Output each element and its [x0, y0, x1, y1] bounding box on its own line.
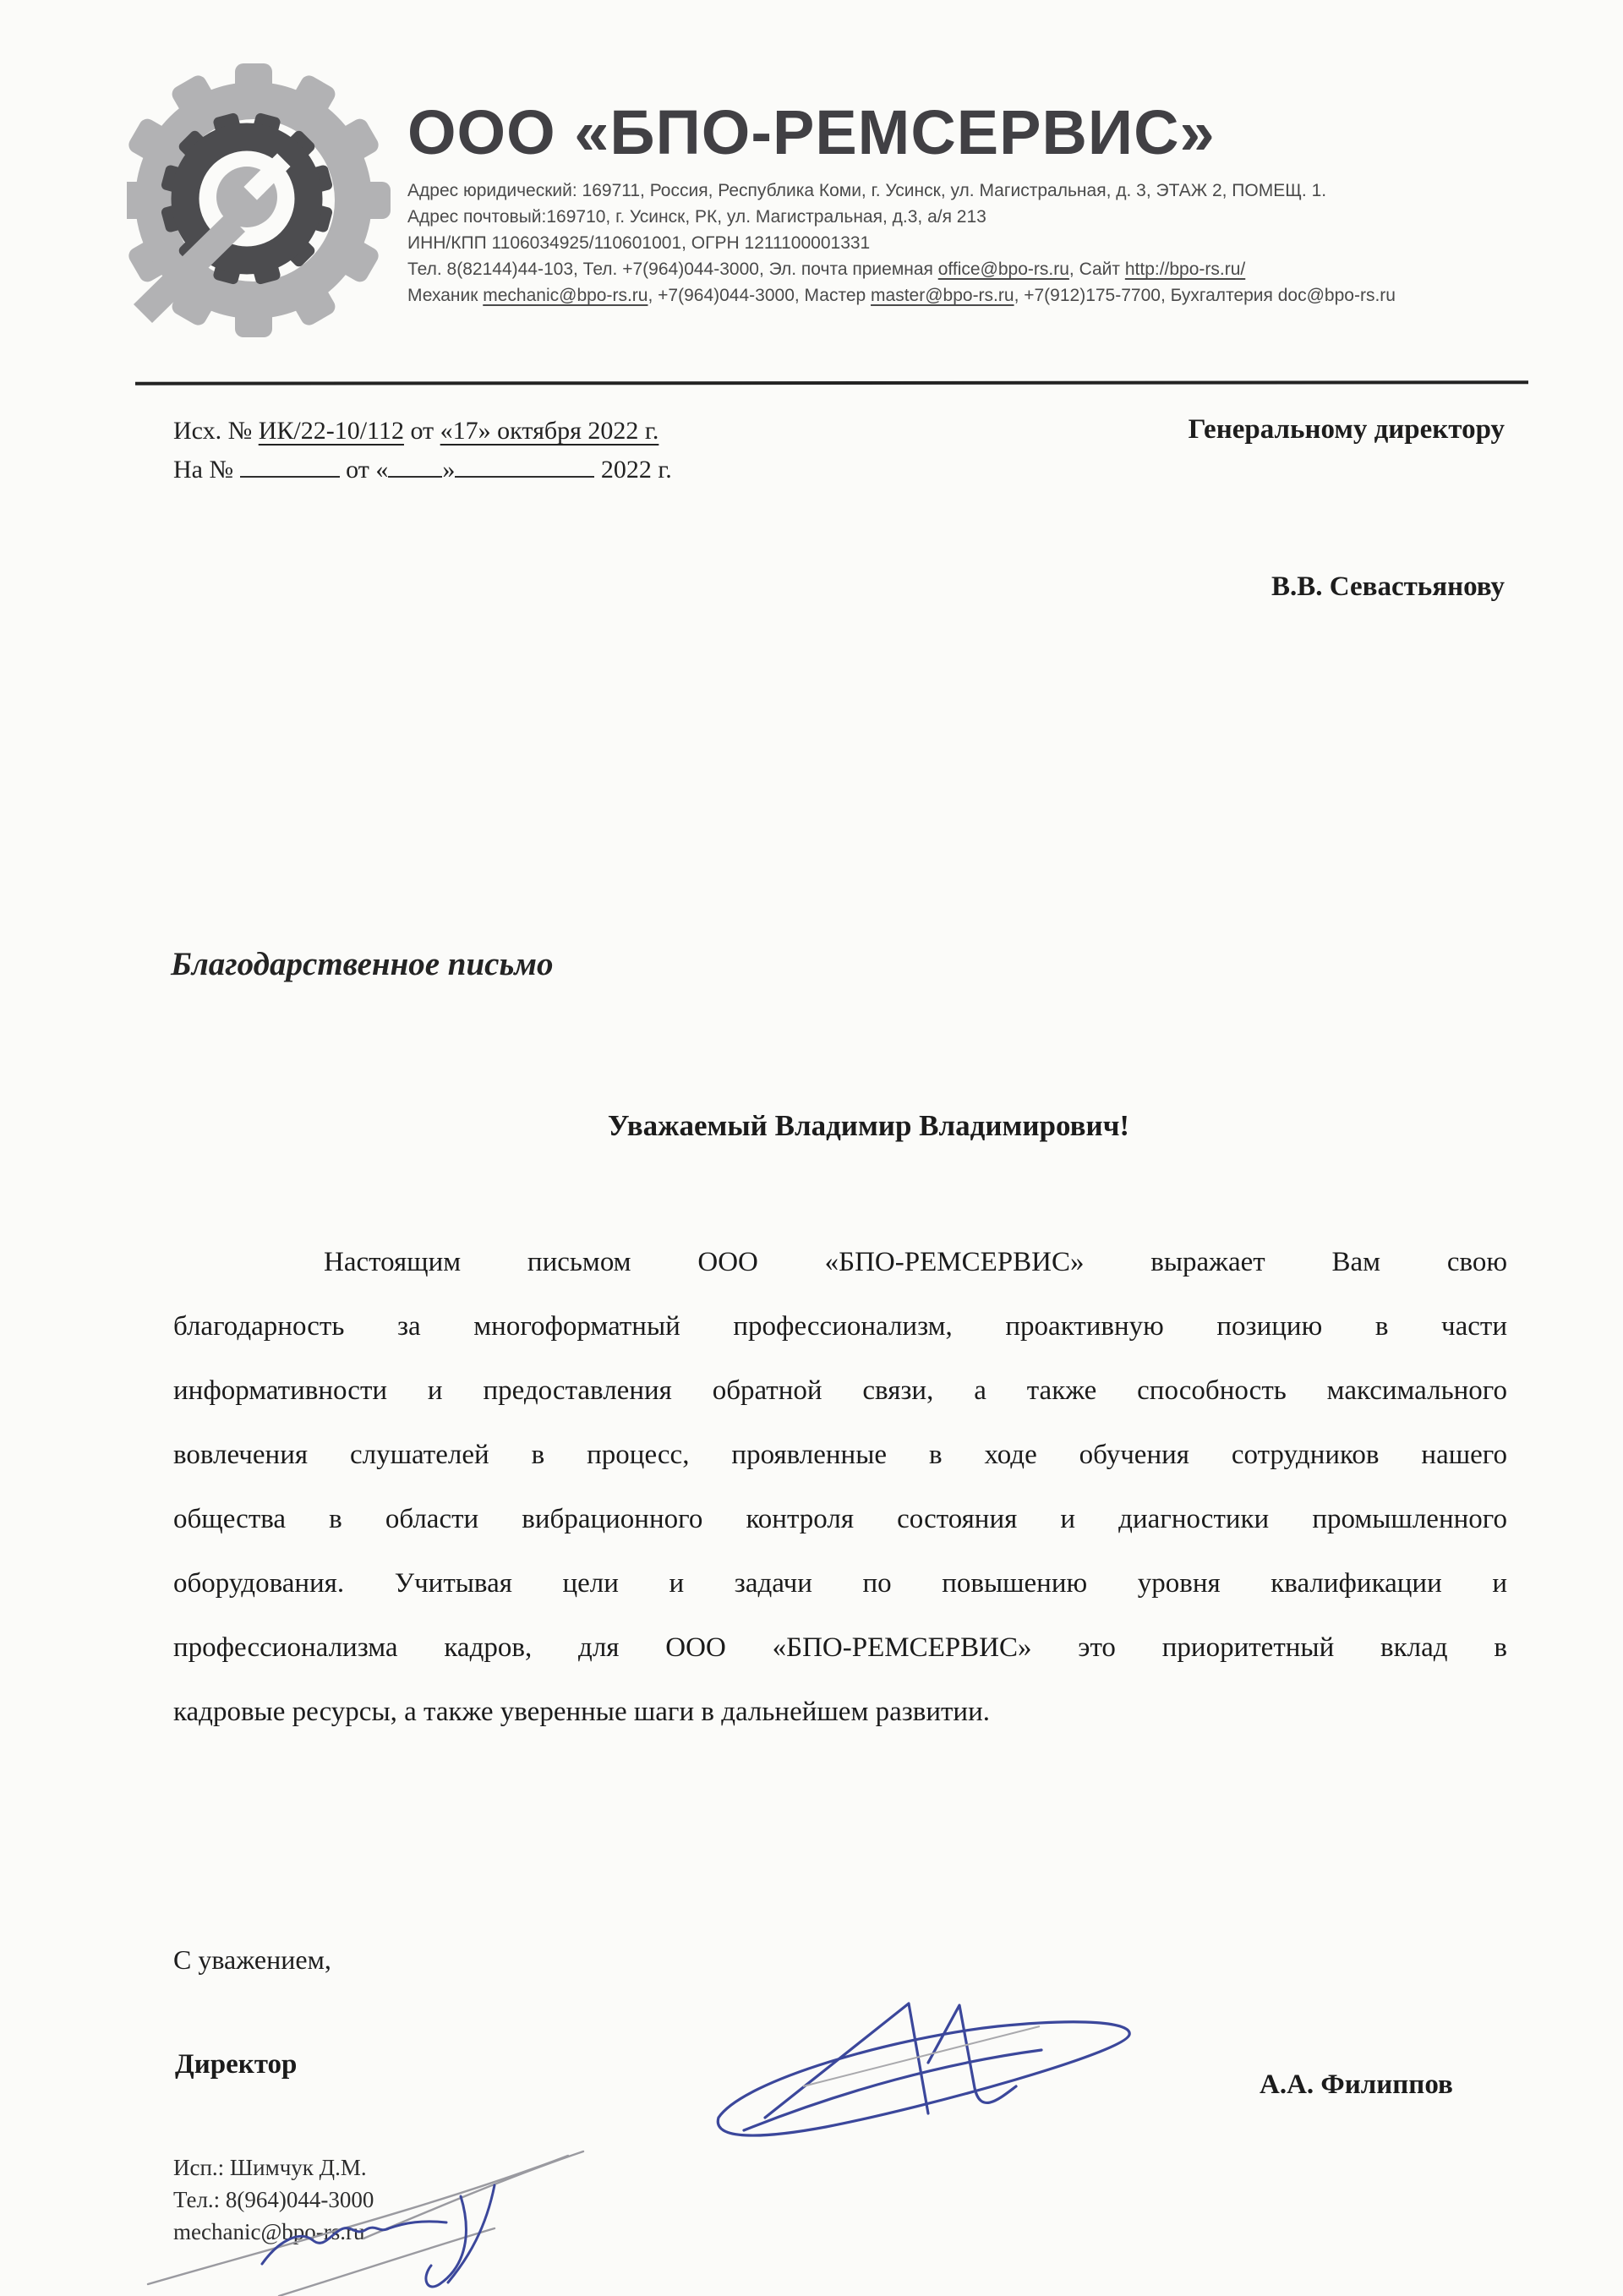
address-legal: Адрес юридический: 169711, Россия, Респу… — [407, 178, 1591, 204]
letterhead: ООО «БПО-РЕМСЕРВИС» Адрес юридический: 1… — [407, 100, 1591, 309]
mechanic-email-link[interactable]: mechanic@bpo-rs.ru — [483, 286, 648, 305]
blank-number-field — [240, 474, 340, 478]
addressee-name: В.В. Севастьянову — [1014, 571, 1505, 603]
signer-title: Директор — [175, 2049, 297, 2080]
phone-line: Тел. 8(82144)44-103, Тел. +7(964)044-300… — [407, 256, 1591, 282]
body-line: благодарность за многоформатный професси… — [173, 1294, 1507, 1358]
inn-ogrn-line: ИНН/КПП 1106034925/110601001, ОГРН 12111… — [407, 230, 1591, 256]
master-email-link[interactable]: master@bpo-rs.ru — [871, 286, 1014, 305]
body-line: информативности и предоставления обратно… — [173, 1358, 1507, 1423]
header-divider — [135, 380, 1528, 385]
body-line: профессионализма кадров, для ООО «БПО-РЕ… — [173, 1615, 1507, 1680]
scanned-letter-page: ООО «БПО-РЕМСЕРВИС» Адрес юридический: 1… — [0, 0, 1623, 2296]
outgoing-number-line: Исх. № ИК/22-10/112 от «17» октября 2022… — [173, 412, 672, 451]
outgoing-number: ИК/22-10/112 — [259, 417, 404, 445]
body-line: вовлечения слушателей в процесс, проявле… — [173, 1423, 1507, 1487]
blank-month-field — [455, 474, 594, 478]
site-link[interactable]: http://bpo-rs.ru/ — [1125, 260, 1245, 279]
letter-body: Настоящим письмом ООО «БПО-РЕМСЕРВИС» вы… — [173, 1230, 1507, 1744]
address-postal: Адрес почтовый:169710, г. Усинск, РК, ул… — [407, 204, 1591, 230]
footer-scribble-icon — [135, 2139, 609, 2296]
body-line: общества в области вибрационного контрол… — [173, 1487, 1507, 1551]
blank-day-field — [388, 474, 442, 478]
company-name: ООО «БПО-РЕМСЕРВИС» — [407, 100, 1591, 166]
addressee-title: Генеральному директору — [1014, 414, 1505, 446]
incoming-number-line: На № от «» 2022 г. — [173, 451, 672, 489]
outgoing-date: «17» октября 2022 г. — [440, 417, 659, 445]
reference-block: Исх. № ИК/22-10/112 от «17» октября 2022… — [173, 412, 672, 489]
closing-phrase: С уважением, — [173, 1944, 331, 1976]
company-contacts: Адрес юридический: 169711, Россия, Респу… — [407, 178, 1591, 309]
staff-line: Механик mechanic@bpo-rs.ru, +7(964)044-3… — [407, 282, 1591, 309]
signer-name: А.А. Филиппов — [1260, 2069, 1453, 2101]
body-line: кадровые ресурсы, а также уверенные шаги… — [173, 1680, 1507, 1744]
salutation: Уважаемый Владимир Владимирович! — [173, 1109, 1505, 1143]
letter-heading: Благодарственное письмо — [171, 945, 554, 983]
body-line: оборудования. Учитывая цели и задачи по … — [173, 1551, 1507, 1615]
body-line: Настоящим письмом ООО «БПО-РЕМСЕРВИС» вы… — [173, 1230, 1507, 1294]
office-email-link[interactable]: office@bpo-rs.ru — [938, 260, 1069, 279]
gear-wrench-logo-icon — [127, 34, 414, 355]
director-signature-icon — [693, 1978, 1150, 2181]
